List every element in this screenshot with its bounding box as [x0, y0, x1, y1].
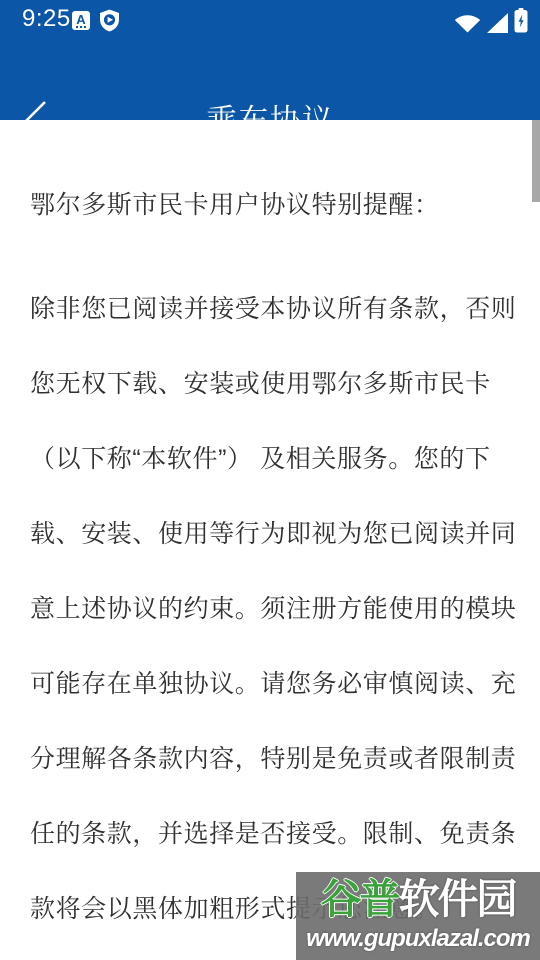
watermark-brand: 谷普软件园 — [296, 874, 540, 924]
a-app-notification-icon: A — [72, 11, 90, 30]
app-screen: 9:25 A — [0, 0, 540, 960]
agreement-line: 任的条款，并选择是否接受。限制、免责条 — [30, 797, 512, 872]
status-time: 9:25 — [22, 5, 71, 33]
agreement-line: 意上述协议的约束。须注册方能使用的模块 — [30, 572, 512, 647]
agreement-heading: 鄂尔多斯市民卡用户协议特别提醒： — [30, 168, 512, 243]
scrollbar-thumb[interactable] — [532, 120, 540, 202]
status-bar: 9:25 A — [0, 0, 540, 40]
agreement-line: 可能存在单独协议。请您务必审慎阅读、充 — [30, 647, 512, 722]
agreement-line: 除非您已阅读并接受本协议所有条款，否则 — [30, 272, 512, 347]
battery-charging-icon — [514, 8, 528, 33]
wifi-icon — [454, 13, 481, 33]
agreement-line: 载、安装、使用等行为即视为您已阅读并同 — [30, 497, 512, 572]
app-bar: 乘车协议 — [0, 40, 540, 120]
agreement-content: 鄂尔多斯市民卡用户协议特别提醒： 除非您已阅读并接受本协议所有条款，否则 您无权… — [30, 120, 512, 947]
status-right-icons — [454, 8, 528, 33]
blue-header: 9:25 A — [0, 0, 540, 120]
watermark-url: www.gupuxlazal.com — [296, 924, 540, 956]
play-protect-shield-icon — [99, 9, 120, 32]
cellular-signal-icon — [487, 13, 508, 33]
watermark-overlay: 谷普软件园 www.gupuxlazal.com — [296, 872, 540, 960]
agreement-line: 分理解各条款内容，特别是免责或者限制责 — [30, 722, 512, 797]
watermark-brand-white: 软件园 — [399, 876, 516, 922]
watermark-brand-green: 谷普 — [321, 876, 399, 922]
agreement-line: （以下称“本软件”） 及相关服务。您的下 — [30, 422, 512, 497]
agreement-line: 您无权下载、安装或使用鄂尔多斯市民卡 — [30, 347, 512, 422]
